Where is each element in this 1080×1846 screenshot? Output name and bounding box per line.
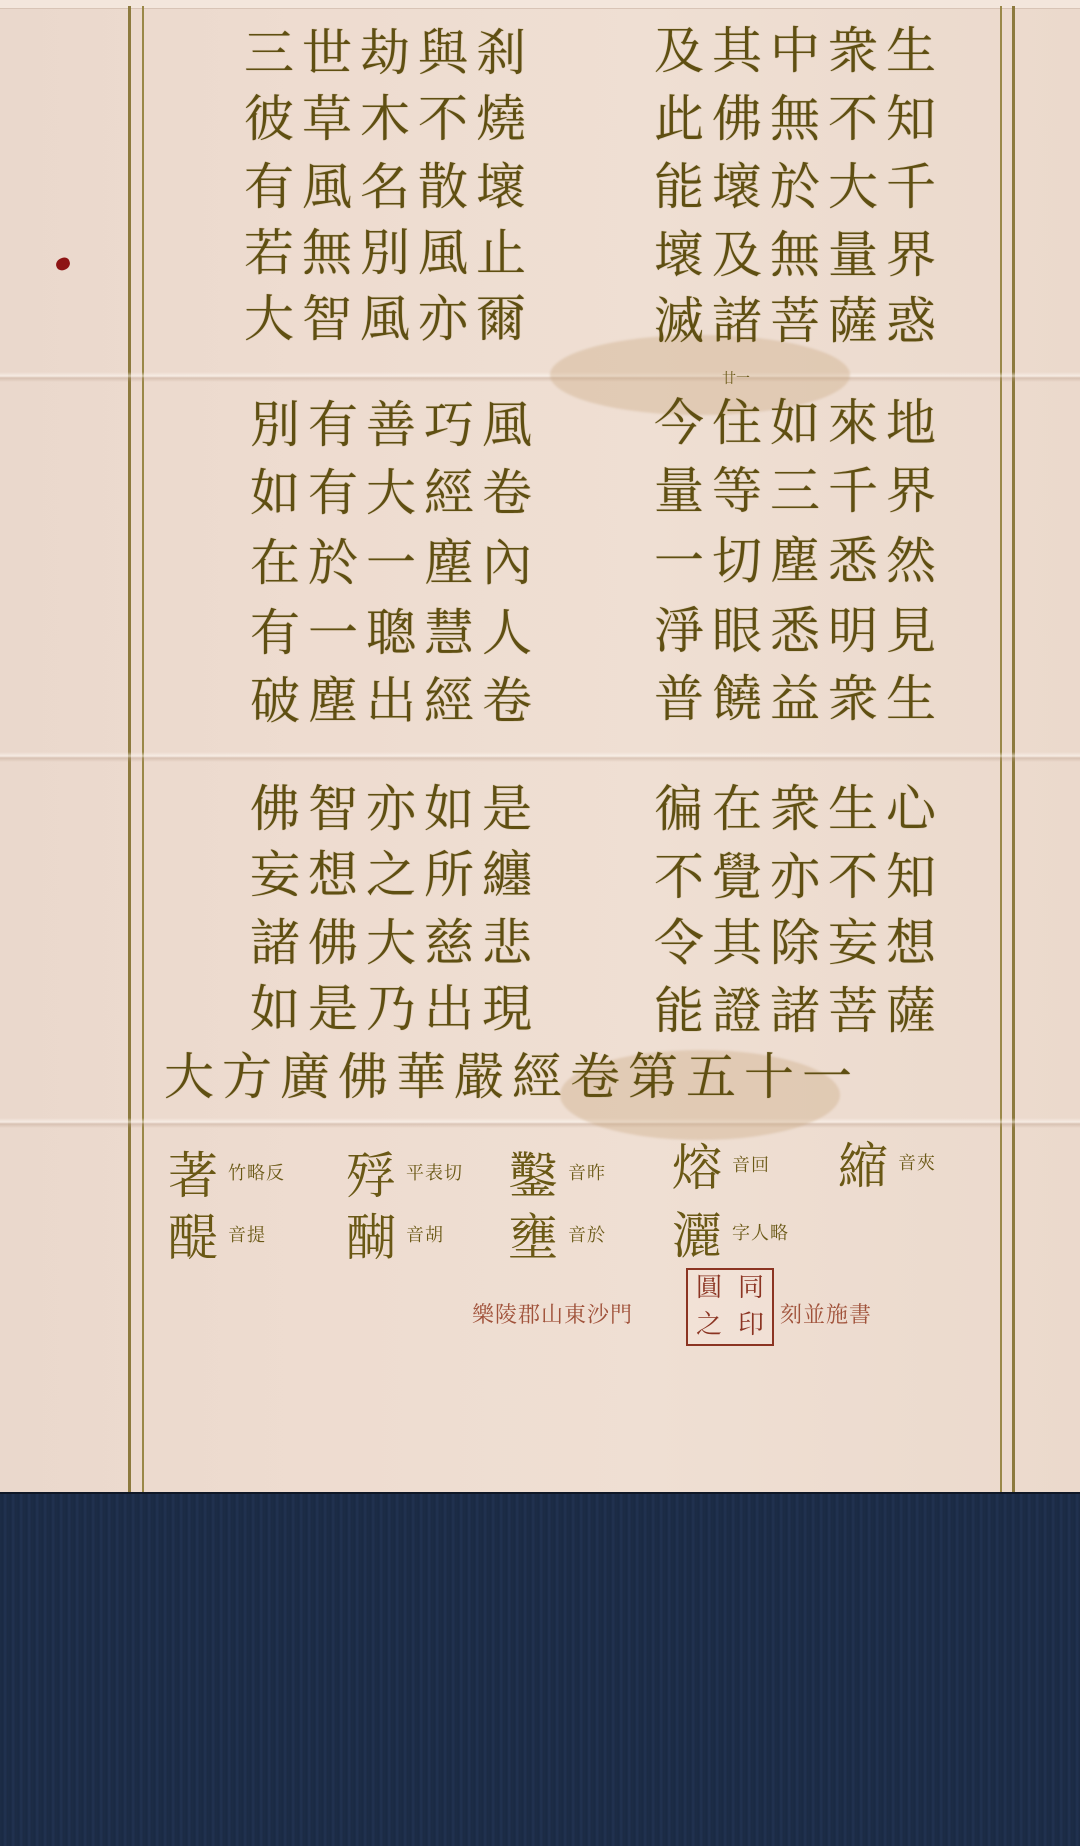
verse-text: 如有大經卷 — [246, 468, 536, 518]
seal-char: 印 — [730, 1307, 772, 1344]
verse-text: 諸佛大慈悲 — [246, 918, 536, 968]
verse-text: 能證諸菩薩 — [650, 986, 940, 1036]
gloss-note: 音提 — [228, 1221, 266, 1247]
sutra-line: 此佛無不知 — [650, 94, 940, 144]
sutra-line: 破塵出經卷 — [246, 676, 536, 726]
sutra-line: 能證諸菩薩 — [650, 986, 940, 1036]
sutra-line: 諸佛大慈悲 — [246, 918, 536, 968]
red-ink-spot — [54, 256, 71, 272]
verse-text: 壞及無量界 — [650, 230, 940, 280]
gloss-note: 竹略反 — [228, 1159, 285, 1185]
gloss-note: 音夾 — [898, 1149, 936, 1175]
gloss-char: 醍 — [168, 1198, 218, 1270]
verse-text: 彼草木不燒 — [240, 94, 530, 144]
gloss-char: 壅 — [508, 1198, 558, 1270]
sutra-line: 淨眼悉明見 — [650, 606, 940, 656]
glossary-entry: 熔音回 — [672, 1128, 770, 1200]
glossary-entry: 縮音夾 — [838, 1126, 936, 1198]
colophon-left: 樂陵郡山東沙門 — [472, 1298, 633, 1329]
verse-text: 不覺亦不知 — [650, 852, 940, 902]
right-border-rule-outer — [1012, 6, 1015, 1492]
sutra-line: 妄想之所纏 — [246, 850, 536, 900]
sutra-line: 別有善巧風 — [246, 400, 536, 450]
verse-text: 三世劫與刹 — [240, 28, 530, 78]
sutra-line: 如有大經卷 — [246, 468, 536, 518]
verse-text: 及其中衆生 — [650, 26, 940, 76]
verse-text: 若無別風止 — [240, 228, 530, 278]
verse-text: 此佛無不知 — [650, 94, 940, 144]
sutra-line: 如是乃出現 — [246, 984, 536, 1034]
verse-text: 滅諸菩薩惑 — [650, 296, 940, 346]
sutra-line: 在於一塵內 — [246, 538, 536, 588]
gloss-note: 音胡 — [406, 1221, 444, 1247]
title-text: 大方廣佛華嚴經卷第五十一 — [164, 1052, 860, 1102]
gloss-char: 熔 — [672, 1128, 722, 1200]
sutra-line: 及其中衆生 — [650, 26, 940, 76]
seal-char: 之 — [688, 1307, 730, 1344]
seal-char: 圓 — [688, 1270, 730, 1307]
verse-text: 淨眼悉明見 — [650, 606, 940, 656]
sutra-line: 今住如來地 — [650, 398, 940, 448]
colophon-right: 刻並施書 — [780, 1298, 872, 1329]
right-border-rule-inner — [1000, 6, 1002, 1492]
verse-text: 量等三千界 — [650, 466, 940, 516]
verse-text: 有一聰慧人 — [246, 608, 536, 658]
gloss-char: 醐 — [346, 1198, 396, 1270]
gloss-note: 字人略 — [732, 1219, 789, 1245]
glossary-entry: 醍音提 — [168, 1198, 266, 1270]
verse-text: 一切塵悉然 — [650, 536, 940, 586]
page-number: 廿一 — [722, 368, 750, 388]
sutra-line: 壞及無量界 — [650, 230, 940, 280]
sutra-line: 滅諸菩薩惑 — [650, 296, 940, 346]
verse-text: 妄想之所纏 — [246, 850, 536, 900]
sutra-line: 三世劫與刹 — [240, 28, 530, 78]
verse-text: 徧在衆生心 — [650, 784, 940, 834]
manuscript-page: 三世劫與刹 彼草木不燒 有風名散壞 若無別風止 大智風亦爾 及其中衆生 此佛無不… — [0, 0, 1080, 1492]
left-border-rule-outer — [128, 6, 131, 1492]
sutra-line: 令其除妄想 — [650, 918, 940, 968]
blue-cloth-cover — [0, 1492, 1080, 1846]
verse-text: 在於一塵內 — [246, 538, 536, 588]
verse-text: 令其除妄想 — [650, 918, 940, 968]
gloss-note: 平表切 — [406, 1159, 463, 1185]
verse-text: 別有善巧風 — [246, 400, 536, 450]
scroll-title: 大方廣佛華嚴經卷第五十一 — [164, 1052, 860, 1102]
verse-text: 破塵出經卷 — [246, 676, 536, 726]
sutra-line: 有一聰慧人 — [246, 608, 536, 658]
sutra-line: 徧在衆生心 — [650, 784, 940, 834]
verse-text: 今住如來地 — [650, 398, 940, 448]
glossary-entry: 灑字人略 — [672, 1196, 789, 1268]
sutra-line: 能壞於大千 — [650, 162, 940, 212]
verse-text: 普饒益衆生 — [650, 674, 940, 724]
gloss-note: 音於 — [568, 1221, 606, 1247]
sutra-line: 有風名散壞 — [240, 162, 530, 212]
gloss-note: 音昨 — [568, 1159, 606, 1185]
fold-line-1 — [0, 372, 1080, 382]
seal-char: 同 — [730, 1270, 772, 1307]
gloss-char: 灑 — [672, 1196, 722, 1268]
verse-text: 如是乃出現 — [246, 984, 536, 1034]
sutra-line: 彼草木不燒 — [240, 94, 530, 144]
glossary-entry: 壅音於 — [508, 1198, 606, 1270]
gloss-char: 縮 — [838, 1126, 888, 1198]
gloss-note: 音回 — [732, 1151, 770, 1177]
sutra-line: 大智風亦爾 — [240, 294, 530, 344]
left-border-rule-inner — [142, 6, 144, 1492]
sutra-line: 不覺亦不知 — [650, 852, 940, 902]
fold-line-2 — [0, 752, 1080, 762]
sutra-line: 一切塵悉然 — [650, 536, 940, 586]
verse-text: 大智風亦爾 — [240, 294, 530, 344]
sutra-line: 量等三千界 — [650, 466, 940, 516]
red-seal-stamp: 圓 同 之 印 — [686, 1268, 774, 1346]
verse-text: 佛智亦如是 — [246, 784, 536, 834]
verse-text: 能壞於大千 — [650, 162, 940, 212]
sutra-line: 若無別風止 — [240, 228, 530, 278]
sutra-line: 普饒益衆生 — [650, 674, 940, 724]
glossary-entry: 醐音胡 — [346, 1198, 444, 1270]
sutra-line: 佛智亦如是 — [246, 784, 536, 834]
page-top-edge — [0, 0, 1080, 9]
verse-text: 有風名散壞 — [240, 162, 530, 212]
